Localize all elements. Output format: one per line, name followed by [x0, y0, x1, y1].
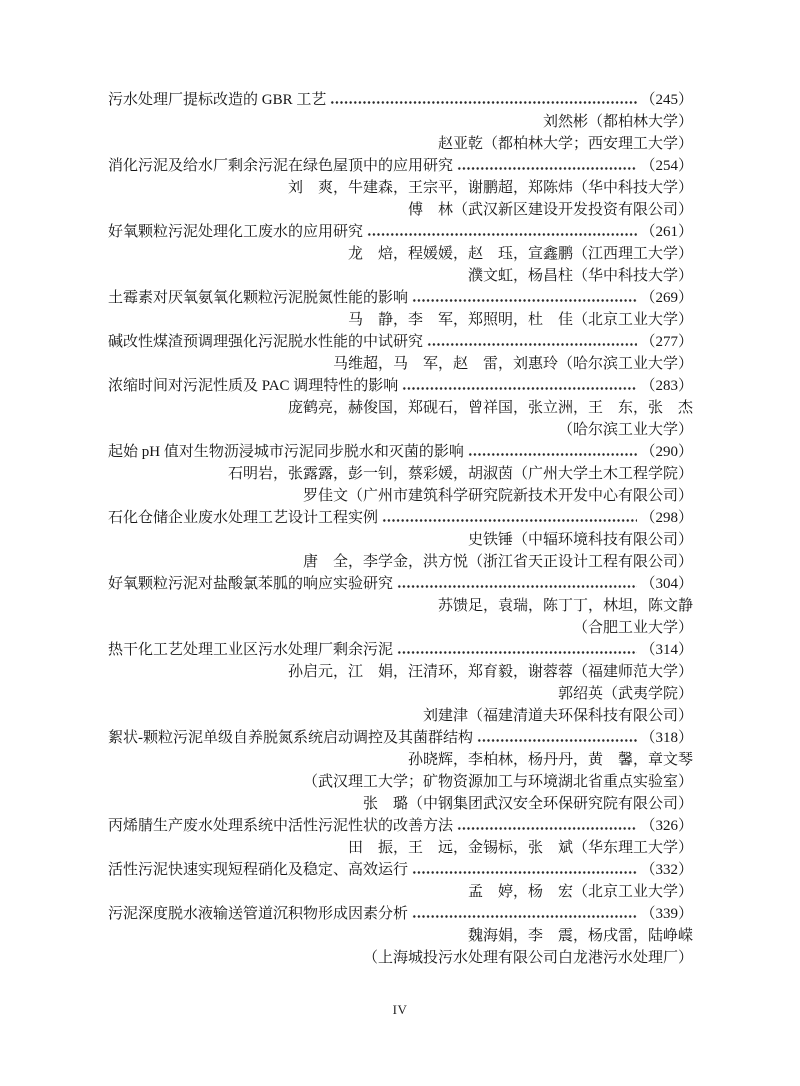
- dot-leader: [457, 815, 637, 837]
- toc-entry: 污水处理厂提标改造的 GBR 工艺 （245） 刘然彬（都柏林大学）赵亚乾（都柏…: [108, 89, 693, 155]
- toc-entry-title: 污水处理厂提标改造的 GBR 工艺: [108, 89, 326, 111]
- toc-entry-author-line: 郭绍英（武夷学院）: [108, 683, 693, 705]
- toc-entry-page-number: （332）: [640, 859, 693, 881]
- toc-entry-title: 碱改性煤渣预调理强化污泥脱水性能的中试研究: [108, 331, 423, 353]
- toc-entry-page-number: （298）: [640, 507, 693, 529]
- toc-entry-author-line: 濮文虹，杨昌柱（华中科技大学）: [108, 265, 693, 287]
- toc-entry-page-number: （283）: [640, 375, 693, 397]
- toc-entry-authors: 刘 爽，牛建森，王宗平，谢鹏超，郑陈炜（华中科技大学）傅 林（武汉新区建设开发投…: [108, 177, 693, 221]
- toc-entry-title-line: 好氧颗粒污泥对盐酸氯苯胍的响应实验研究 （304）: [108, 573, 693, 595]
- toc-list: 污水处理厂提标改造的 GBR 工艺 （245） 刘然彬（都柏林大学）赵亚乾（都柏…: [108, 89, 693, 969]
- toc-entry-authors: 孙晓辉，李柏林，杨丹丹，黄 馨，章文琴（武汉理工大学；矿物资源加工与环境湖北省重…: [108, 749, 693, 815]
- toc-entry-page-number: （290）: [640, 441, 693, 463]
- toc-entry: 好氧颗粒污泥对盐酸氯苯胍的响应实验研究 （304） 苏馈足，袁瑞，陈丁丁，林坦，…: [108, 573, 693, 639]
- toc-entry-title-line: 活性污泥快速实现短程硝化及稳定、高效运行 （332）: [108, 859, 693, 881]
- toc-entry-page-number: （269）: [640, 287, 693, 309]
- toc-entry-authors: 苏馈足，袁瑞，陈丁丁，林坦，陈文静（合肥工业大学）: [108, 595, 693, 639]
- dot-leader: [427, 331, 637, 353]
- toc-entry-title: 好氧颗粒污泥处理化工废水的应用研究: [108, 221, 363, 243]
- toc-entry-authors: 庞鹤亮，赫俊国，郑砚石，曾祥国，张立洲，王 东，张 杰（哈尔滨工业大学）: [108, 397, 693, 441]
- dot-leader: [397, 639, 637, 661]
- toc-entry: 浓缩时间对污泥性质及 PAC 调理特性的影响 （283） 庞鹤亮，赫俊国，郑砚石…: [108, 375, 693, 441]
- toc-entry-title: 好氧颗粒污泥对盐酸氯苯胍的响应实验研究: [108, 573, 393, 595]
- toc-entry-author-line: 孙启元，江 娟，汪清环，郑育毅，谢蓉蓉（福建师范大学）: [108, 661, 693, 683]
- toc-entry-author-line: （上海城投污水处理有限公司白龙港污水处理厂）: [108, 947, 693, 969]
- toc-entry-title-line: 起始 pH 值对生物沥浸城市污泥同步脱水和灭菌的影响 （290）: [108, 441, 693, 463]
- toc-entry-page-number: （261）: [640, 221, 693, 243]
- toc-entry-title: 消化污泥及给水厂剩余污泥在绿色屋顶中的应用研究: [108, 155, 453, 177]
- toc-entry-author-line: 田 振，王 远，金锡标，张 斌（华东理工大学）: [108, 837, 693, 859]
- toc-entry-title-line: 石化仓储企业废水处理工艺设计工程实例 （298）: [108, 507, 693, 529]
- toc-entry-title: 丙烯腈生产废水处理系统中活性污泥性状的改善方法: [108, 815, 453, 837]
- toc-entry-author-line: 孟 婷，杨 宏（北京工业大学）: [108, 881, 693, 903]
- dot-leader: [402, 375, 637, 397]
- toc-entry-title: 污泥深度脱水液输送管道沉积物形成因素分析: [108, 903, 408, 925]
- toc-entry-author-line: 刘 爽，牛建森，王宗平，谢鹏超，郑陈炜（华中科技大学）: [108, 177, 693, 199]
- toc-entry-title: 絮状-颗粒污泥单级自养脱氮系统启动调控及其菌群结构: [108, 727, 473, 749]
- toc-entry-title: 活性污泥快速实现短程硝化及稳定、高效运行: [108, 859, 408, 881]
- toc-entry-author-line: 马维超，马 军，赵 雷，刘惠玲（哈尔滨工业大学）: [108, 353, 693, 375]
- toc-entry: 土霉素对厌氧氨氧化颗粒污泥脱氮性能的影响 （269） 马 静，李 军，郑照明，杜…: [108, 287, 693, 331]
- toc-entry-author-line: 张 璐（中钢集团武汉安全环保研究院有限公司）: [108, 793, 693, 815]
- toc-entry-page-number: （314）: [640, 639, 693, 661]
- toc-entry: 起始 pH 值对生物沥浸城市污泥同步脱水和灭菌的影响 （290） 石明岩，张露露…: [108, 441, 693, 507]
- toc-entry: 碱改性煤渣预调理强化污泥脱水性能的中试研究 （277） 马维超，马 军，赵 雷，…: [108, 331, 693, 375]
- toc-entry-page-number: （277）: [640, 331, 693, 353]
- toc-entry: 污泥深度脱水液输送管道沉积物形成因素分析 （339） 魏海娟，李 震，杨戌雷，陆…: [108, 903, 693, 969]
- toc-entry-author-line: 苏馈足，袁瑞，陈丁丁，林坦，陈文静: [108, 595, 693, 617]
- toc-entry: 好氧颗粒污泥处理化工废水的应用研究 （261） 龙 焙，程媛媛，赵 珏，宣鑫鹏（…: [108, 221, 693, 287]
- toc-entry-page-number: （254）: [640, 155, 693, 177]
- toc-entry-authors: 石明岩，张露露，彭一钊，蔡彩媛，胡淑茵（广州大学土木工程学院）罗佳文（广州市建筑…: [108, 463, 693, 507]
- toc-entry-author-line: 赵亚乾（都柏林大学；西安理工大学）: [108, 133, 693, 155]
- dot-leader: [477, 727, 637, 749]
- toc-entry-title-line: 浓缩时间对污泥性质及 PAC 调理特性的影响 （283）: [108, 375, 693, 397]
- toc-entry-title-line: 碱改性煤渣预调理强化污泥脱水性能的中试研究 （277）: [108, 331, 693, 353]
- toc-entry: 丙烯腈生产废水处理系统中活性污泥性状的改善方法 （326） 田 振，王 远，金锡…: [108, 815, 693, 859]
- toc-entry-title: 起始 pH 值对生物沥浸城市污泥同步脱水和灭菌的影响: [108, 441, 464, 463]
- toc-entry-authors: 田 振，王 远，金锡标，张 斌（华东理工大学）: [108, 837, 693, 859]
- toc-entry-title-line: 热干化工艺处理工业区污水处理厂剩余污泥 （314）: [108, 639, 693, 661]
- toc-entry-authors: 史铁锤（中辐环境科技有限公司）唐 全，李学金，洪方悦（浙江省天正设计工程有限公司…: [108, 529, 693, 573]
- toc-entry-title: 石化仓储企业废水处理工艺设计工程实例: [108, 507, 378, 529]
- dot-leader: [330, 89, 637, 111]
- toc-entry-author-line: （合肥工业大学）: [108, 617, 693, 639]
- toc-entry-title-line: 污水处理厂提标改造的 GBR 工艺 （245）: [108, 89, 693, 111]
- toc-entry-author-line: 马 静，李 军，郑照明，杜 佳（北京工业大学）: [108, 309, 693, 331]
- toc-entry-page-number: （304）: [640, 573, 693, 595]
- toc-entry: 热干化工艺处理工业区污水处理厂剩余污泥 （314） 孙启元，江 娟，汪清环，郑育…: [108, 639, 693, 727]
- toc-entry: 活性污泥快速实现短程硝化及稳定、高效运行 （332） 孟 婷，杨 宏（北京工业大…: [108, 859, 693, 903]
- toc-entry-title-line: 消化污泥及给水厂剩余污泥在绿色屋顶中的应用研究 （254）: [108, 155, 693, 177]
- dot-leader: [412, 287, 637, 309]
- dot-leader: [412, 859, 637, 881]
- toc-entry-title: 浓缩时间对污泥性质及 PAC 调理特性的影响: [108, 375, 398, 397]
- toc-entry-title-line: 丙烯腈生产废水处理系统中活性污泥性状的改善方法 （326）: [108, 815, 693, 837]
- toc-entry-title-line: 絮状-颗粒污泥单级自养脱氮系统启动调控及其菌群结构 （318）: [108, 727, 693, 749]
- dot-leader: [367, 221, 637, 243]
- toc-entry: 消化污泥及给水厂剩余污泥在绿色屋顶中的应用研究 （254） 刘 爽，牛建森，王宗…: [108, 155, 693, 221]
- toc-entry-authors: 魏海娟，李 震，杨戌雷，陆峥嵘（上海城投污水处理有限公司白龙港污水处理厂）: [108, 925, 693, 969]
- dot-leader: [397, 573, 637, 595]
- toc-entry: 絮状-颗粒污泥单级自养脱氮系统启动调控及其菌群结构 （318） 孙晓辉，李柏林，…: [108, 727, 693, 815]
- page-number-footer: IV: [0, 1001, 800, 1019]
- dot-leader: [457, 155, 637, 177]
- toc-entry-author-line: 唐 全，李学金，洪方悦（浙江省天正设计工程有限公司）: [108, 551, 693, 573]
- dot-leader: [412, 903, 637, 925]
- dot-leader: [468, 441, 638, 463]
- toc-entry-authors: 马维超，马 军，赵 雷，刘惠玲（哈尔滨工业大学）: [108, 353, 693, 375]
- toc-entry-page-number: （339）: [640, 903, 693, 925]
- toc-entry-author-line: 魏海娟，李 震，杨戌雷，陆峥嵘: [108, 925, 693, 947]
- toc-entry-authors: 孙启元，江 娟，汪清环，郑育毅，谢蓉蓉（福建师范大学）郭绍英（武夷学院）刘建津（…: [108, 661, 693, 727]
- toc-entry-author-line: （武汉理工大学；矿物资源加工与环境湖北省重点实验室）: [108, 771, 693, 793]
- toc-entry-authors: 刘然彬（都柏林大学）赵亚乾（都柏林大学；西安理工大学）: [108, 111, 693, 155]
- toc-entry-author-line: 傅 林（武汉新区建设开发投资有限公司）: [108, 199, 693, 221]
- toc-entry-title-line: 污泥深度脱水液输送管道沉积物形成因素分析 （339）: [108, 903, 693, 925]
- toc-entry-authors: 龙 焙，程媛媛，赵 珏，宣鑫鹏（江西理工大学）濮文虹，杨昌柱（华中科技大学）: [108, 243, 693, 287]
- toc-entry-author-line: 刘然彬（都柏林大学）: [108, 111, 693, 133]
- toc-entry-authors: 孟 婷，杨 宏（北京工业大学）: [108, 881, 693, 903]
- toc-entry: 石化仓储企业废水处理工艺设计工程实例 （298） 史铁锤（中辐环境科技有限公司）…: [108, 507, 693, 573]
- toc-entry-author-line: 罗佳文（广州市建筑科学研究院新技术开发中心有限公司）: [108, 485, 693, 507]
- toc-entry-author-line: 石明岩，张露露，彭一钊，蔡彩媛，胡淑茵（广州大学土木工程学院）: [108, 463, 693, 485]
- toc-entry-author-line: 庞鹤亮，赫俊国，郑砚石，曾祥国，张立洲，王 东，张 杰: [108, 397, 693, 419]
- toc-entry-author-line: （哈尔滨工业大学）: [108, 419, 693, 441]
- toc-entry-page-number: （245）: [640, 89, 693, 111]
- toc-entry-author-line: 刘建津（福建清道夫环保科技有限公司）: [108, 705, 693, 727]
- toc-entry-authors: 马 静，李 军，郑照明，杜 佳（北京工业大学）: [108, 309, 693, 331]
- toc-entry-page-number: （318）: [640, 727, 693, 749]
- toc-entry-author-line: 龙 焙，程媛媛，赵 珏，宣鑫鹏（江西理工大学）: [108, 243, 693, 265]
- toc-entry-title: 土霉素对厌氧氨氧化颗粒污泥脱氮性能的影响: [108, 287, 408, 309]
- dot-leader: [382, 507, 637, 529]
- toc-entry-title-line: 土霉素对厌氧氨氧化颗粒污泥脱氮性能的影响 （269）: [108, 287, 693, 309]
- toc-entry-title: 热干化工艺处理工业区污水处理厂剩余污泥: [108, 639, 393, 661]
- toc-entry-author-line: 史铁锤（中辐环境科技有限公司）: [108, 529, 693, 551]
- toc-entry-title-line: 好氧颗粒污泥处理化工废水的应用研究 （261）: [108, 221, 693, 243]
- toc-entry-author-line: 孙晓辉，李柏林，杨丹丹，黄 馨，章文琴: [108, 749, 693, 771]
- toc-entry-page-number: （326）: [640, 815, 693, 837]
